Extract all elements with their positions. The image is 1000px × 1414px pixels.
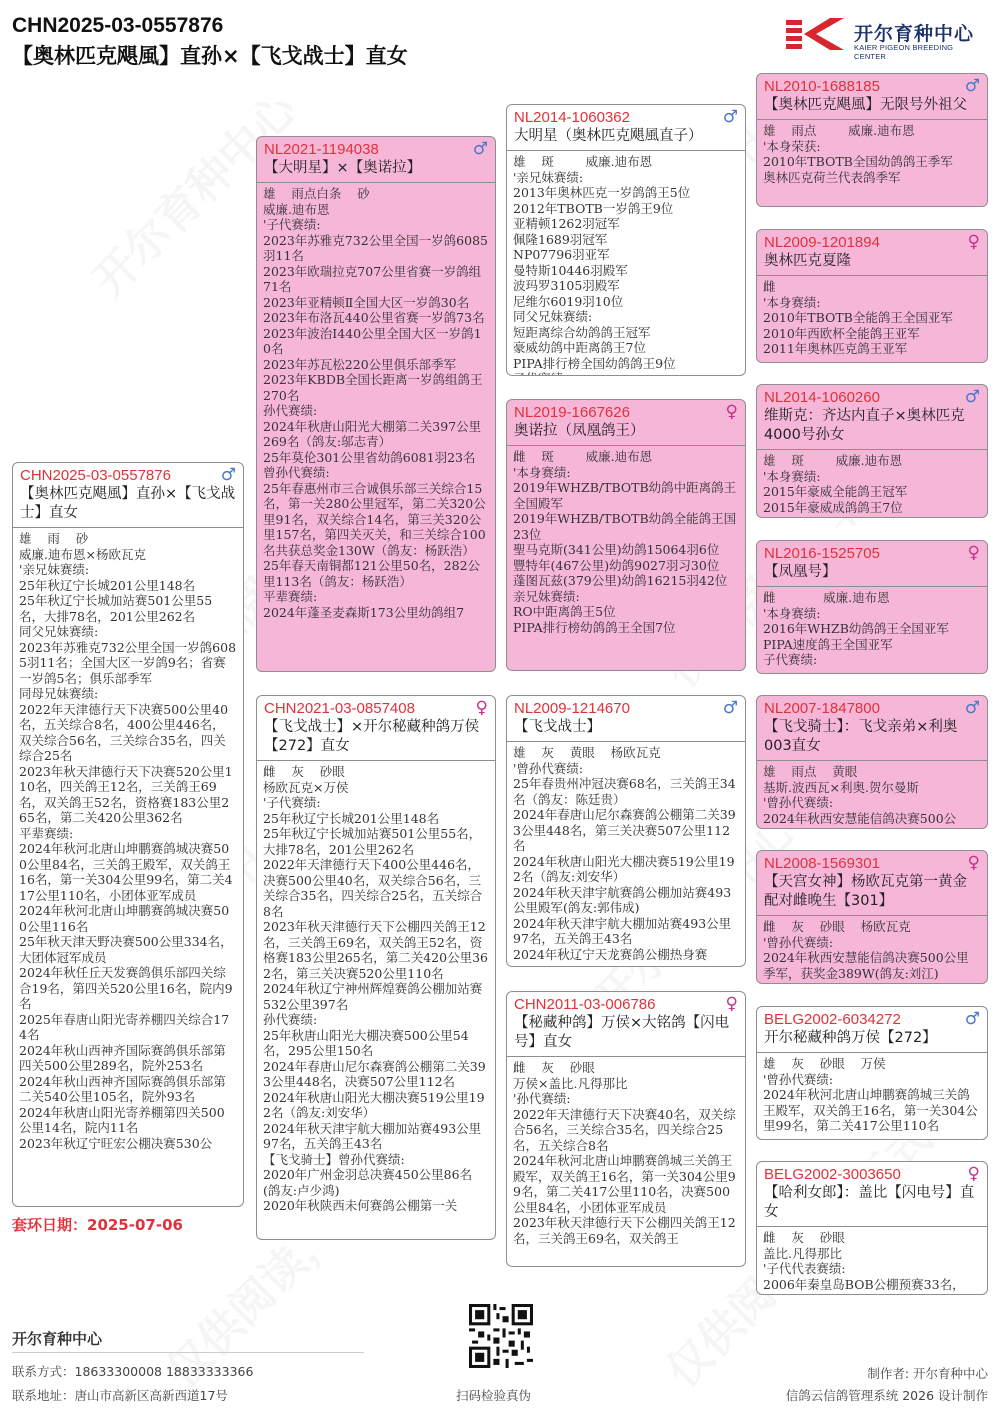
- ring-number: NL2010-1688185: [764, 78, 981, 96]
- pigeon-name: 【秘藏种鸽】万侯×大铭鸽【闪电号】直女: [514, 1014, 739, 1052]
- pigeon-name: 奥林匹克夏隆: [764, 252, 981, 271]
- pedigree-card-ggp-8[interactable]: BELG2002-3003650 ♀ 【哈利女郎】：盖比【闪电号】直女 雌 灰 …: [756, 1161, 988, 1295]
- male-icon: ♂: [473, 139, 488, 159]
- logo: 开尔育种中心 KAIER PIGEON BREEDING CENTER: [786, 18, 986, 54]
- male-icon: ♂: [965, 698, 980, 718]
- card-details: 雄 斑 威廉.迪布恩 '亲兄妹赛绩: 2013年奥林匹克一岁鸽鸽王5位 2012…: [507, 151, 745, 376]
- card-header: NL2016-1525705 ♀ 【凤凰号】: [757, 541, 987, 587]
- pigeon-name: 【大明星】×【奥诺拉】: [264, 159, 489, 178]
- pigeon-name: 【飞戈骑士】：飞戈亲弟×利奥003直女: [764, 718, 981, 756]
- card-header: CHN2011-03-006786 ♀ 【秘藏种鸽】万侯×大铭鸽【闪电号】直女: [507, 992, 745, 1057]
- card-header: NL2021-1194038 ♂ 【大明星】×【奥诺拉】: [257, 137, 495, 183]
- ring-number: NL2021-1194038: [264, 141, 489, 159]
- ring-number: NL2016-1525705: [764, 545, 981, 563]
- pigeon-name: 【奥林匹克飓風】无限号外祖父: [764, 96, 981, 115]
- ring-number: NL2007-1847800: [764, 700, 981, 718]
- pedigree-card-ggp-4[interactable]: NL2016-1525705 ♀ 【凤凰号】 雌 威廉.迪布恩 '本身赛绩: 2…: [756, 540, 988, 674]
- card-details: 雄 雨点 威廉.迪布恩 '本身荣获: 2010年TBOTB全国幼鸽鸽王季军 奥林…: [757, 120, 987, 188]
- card-header: CHN2021-03-0857408 ♀ 【飞戈战士】×开尔秘藏种鸽万侯【272…: [257, 696, 495, 761]
- logo-name-cn: 开尔育种中心: [854, 19, 974, 46]
- card-details: 雄 雨点白条 砂 威廉.迪布恩 '子代赛绩: 2023年苏雅克732公里全国一岁…: [257, 183, 495, 623]
- card-details: 雌 灰 砂眼 盖比.凡得那比 '子代代表赛绩: 2006年秦皇岛BOB公棚预赛3…: [757, 1227, 987, 1295]
- card-header: NL2008-1569301 ♀ 【天宫女神】杨欧瓦克第一黄金配对雌晚生【301…: [757, 851, 987, 916]
- pedigree-card-sire[interactable]: NL2021-1194038 ♂ 【大明星】×【奥诺拉】 雄 雨点白条 砂 威廉…: [256, 136, 496, 672]
- female-icon: ♀: [968, 1164, 980, 1184]
- ring-number: NL2014-1060362: [514, 109, 739, 127]
- male-icon: ♂: [965, 76, 980, 96]
- card-header: NL2009-1214670 ♂ 【飞戈战士】: [507, 696, 745, 742]
- card-header: NL2019-1667626 ♀ 奥诺拉（凤凰鸽王）: [507, 400, 745, 446]
- pedigree-card-dam-dam[interactable]: CHN2011-03-006786 ♀ 【秘藏种鸽】万侯×大铭鸽【闪电号】直女 …: [506, 991, 746, 1267]
- card-header: NL2014-1060362 ♂ 大明星（奥林匹克飓風直子）: [507, 105, 745, 151]
- footer-maker: 制作者: 开尔育种中心: [867, 1364, 988, 1382]
- page-title-ring: CHN2025-03-0557876: [12, 14, 223, 38]
- ring-number: NL2009-1214670: [514, 700, 739, 718]
- pedigree-card-ggp-5[interactable]: NL2007-1847800 ♂ 【飞戈骑士】：飞戈亲弟×利奥003直女 雄 雨…: [756, 695, 988, 829]
- ring-number: CHN2011-03-006786: [514, 996, 739, 1014]
- female-icon: ♀: [726, 402, 738, 422]
- pedigree-card-subject[interactable]: CHN2025-03-0557876 ♂ 【奥林匹克飓風】直孙×【飞戈战士】直女…: [12, 462, 244, 1207]
- footer-org-name: 开尔育种中心: [12, 1328, 102, 1349]
- card-details: 雌 灰 砂眼 杨欧瓦克×万侯 '子代赛绩: 25年秋辽宁长城201公里148名 …: [257, 761, 495, 1217]
- card-header: NL2007-1847800 ♂ 【飞戈骑士】：飞戈亲弟×利奥003直女: [757, 696, 987, 761]
- male-icon: ♂: [723, 107, 738, 127]
- pigeon-name: 【飞戈战士】×开尔秘藏种鸽万侯【272】直女: [264, 718, 489, 756]
- pigeon-name: 奥诺拉（凤凰鸽王）: [514, 422, 739, 441]
- pigeon-name: 维斯克：齐达内直子×奥林匹克4000号孙女: [764, 407, 981, 445]
- pedigree-card-dam-sire[interactable]: NL2009-1214670 ♂ 【飞戈战士】 雄 灰 黄眼 杨欧瓦克 '曾孙代…: [506, 695, 746, 967]
- card-header: BELG2002-3003650 ♀ 【哈利女郎】：盖比【闪电号】直女: [757, 1162, 987, 1227]
- card-details: 雄 雨点 黄眼 基斯.波西瓦×利奥.贺尔曼斯 '曾孙代赛绩: 2024年秋西安慧…: [757, 761, 987, 829]
- pedigree-card-ggp-3[interactable]: NL2014-1060260 ♂ 维斯克：齐达内直子×奥林匹克4000号孙女 雄…: [756, 384, 988, 518]
- page-title-name: 【奥林匹克飓風】直孙×【飞戈战士】直女: [12, 40, 408, 70]
- pigeon-name: 开尔秘藏种鸽万侯【272】: [764, 1029, 981, 1048]
- card-details: 雌 威廉.迪布恩 '本身赛绩: 2016年WHZB幼鸽鸽王全国亚军 PIPA速度…: [757, 587, 987, 671]
- pedigree-card-ggp-6[interactable]: NL2008-1569301 ♀ 【天宫女神】杨欧瓦克第一黄金配对雌晚生【301…: [756, 850, 988, 984]
- pedigree-card-sire-dam[interactable]: NL2019-1667626 ♀ 奥诺拉（凤凰鸽王） 雌 斑 威廉.迪布恩 '本…: [506, 399, 746, 671]
- male-icon: ♂: [965, 387, 980, 407]
- card-details: 雌 灰 砂眼 万侯×盖比.凡得那比 '孙代赛绩: 2022年天津德行天下决赛40…: [507, 1057, 745, 1249]
- ring-number: NL2009-1201894: [764, 234, 981, 252]
- card-header: NL2009-1201894 ♀ 奥林匹克夏隆: [757, 230, 987, 276]
- female-icon: ♀: [726, 994, 738, 1014]
- card-header: BELG2002-6034272 ♂ 开尔秘藏种鸽万侯【272】: [757, 1007, 987, 1053]
- pedigree-card-ggp-1[interactable]: NL2010-1688185 ♂ 【奥林匹克飓風】无限号外祖父 雄 雨点 威廉.…: [756, 73, 988, 207]
- footer-system: 信鸽云信鸽管理系统 2026 设计制作: [786, 1386, 988, 1404]
- card-details: 雌 灰 砂眼 杨欧瓦克 '曾孙代赛绩: 2024年秋西安慧能信鸽决赛500公里季…: [757, 916, 987, 984]
- ring-number: CHN2021-03-0857408: [264, 700, 489, 718]
- card-details: 雌 斑 威廉.迪布恩 '本身赛绩: 2019年WHZB/TBOTB幼鸽中距离鸽王…: [507, 446, 745, 638]
- ring-number: NL2014-1060260: [764, 389, 981, 407]
- card-header: NL2014-1060260 ♂ 维斯克：齐达内直子×奥林匹克4000号孙女: [757, 385, 987, 450]
- pigeon-name: 【凤凰号】: [764, 563, 981, 582]
- female-icon: ♀: [968, 543, 980, 563]
- ring-number: NL2008-1569301: [764, 855, 981, 873]
- ring-number: NL2019-1667626: [514, 404, 739, 422]
- card-details: 雄 斑 威廉.迪布恩 '本身赛绩: 2015年豪威全能鸽王冠军 2015年豪威成…: [757, 450, 987, 518]
- pigeon-name: 大明星（奥林匹克飓風直子）: [514, 127, 739, 146]
- male-icon: ♂: [965, 1009, 980, 1029]
- female-icon: ♀: [968, 853, 980, 873]
- pedigree-card-ggp-7[interactable]: BELG2002-6034272 ♂ 开尔秘藏种鸽万侯【272】 雄 灰 砂眼 …: [756, 1006, 988, 1140]
- male-icon: ♂: [723, 698, 738, 718]
- footer-divider: [12, 1352, 364, 1353]
- card-details: 雄 雨 砂 威廉.迪布恩×杨欧瓦克 '亲兄妹赛绩: 25年秋辽宁长城201公里1…: [13, 528, 243, 1154]
- pedigree-card-ggp-2[interactable]: NL2009-1201894 ♀ 奥林匹克夏隆 雌 '本身赛绩: 2010年TB…: [756, 229, 988, 363]
- ring-number: CHN2025-03-0557876: [20, 467, 237, 485]
- ring-date: 套环日期：2025-07-06: [12, 1214, 183, 1235]
- logo-name-en: KAIER PIGEON BREEDING CENTER: [854, 43, 986, 61]
- footer-address: 联系地址：唐山市高新区高新西道17号: [12, 1386, 228, 1404]
- ring-number: BELG2002-3003650: [764, 1166, 981, 1184]
- card-details: 雌 '本身赛绩: 2010年TBOTB全能鸽王全国亚军 2010年西欧杯全能鸽王…: [757, 276, 987, 360]
- pigeon-name: 【奥林匹克飓風】直孙×【飞戈战士】直女: [20, 485, 237, 523]
- pigeon-name: 【飞戈战士】: [514, 718, 739, 737]
- card-header: NL2010-1688185 ♂ 【奥林匹克飓風】无限号外祖父: [757, 74, 987, 120]
- female-icon: ♀: [476, 698, 488, 718]
- ring-number: BELG2002-6034272: [764, 1011, 981, 1029]
- card-header: CHN2025-03-0557876 ♂ 【奥林匹克飓風】直孙×【飞戈战士】直女: [13, 463, 243, 528]
- female-icon: ♀: [968, 232, 980, 252]
- card-details: 雄 灰 砂眼 万侯 '曾孙代赛绩: 2024年秋河北唐山坤鹏赛鸽城三关鸽王殿军，…: [757, 1053, 987, 1137]
- qr-code-icon[interactable]: [469, 1304, 533, 1368]
- footer-contact: 联系方式：18633300008 18833333366: [12, 1362, 253, 1380]
- male-icon: ♂: [221, 465, 236, 485]
- pigeon-name: 【天宫女神】杨欧瓦克第一黄金配对雌晚生【301】: [764, 873, 981, 911]
- pedigree-card-sire-sire[interactable]: NL2014-1060362 ♂ 大明星（奥林匹克飓風直子） 雄 斑 威廉.迪布…: [506, 104, 746, 376]
- pedigree-card-dam[interactable]: CHN2021-03-0857408 ♀ 【飞戈战士】×开尔秘藏种鸽万侯【272…: [256, 695, 496, 1240]
- pigeon-name: 【哈利女郎】：盖比【闪电号】直女: [764, 1184, 981, 1222]
- qr-caption: 扫码检验真伪: [456, 1386, 531, 1404]
- logo-k-icon: [786, 18, 846, 50]
- card-details: 雄 灰 黄眼 杨欧瓦克 '曾孙代赛绩: 25年春贵州冲冠决赛68名，三关鸽王34…: [507, 742, 745, 965]
